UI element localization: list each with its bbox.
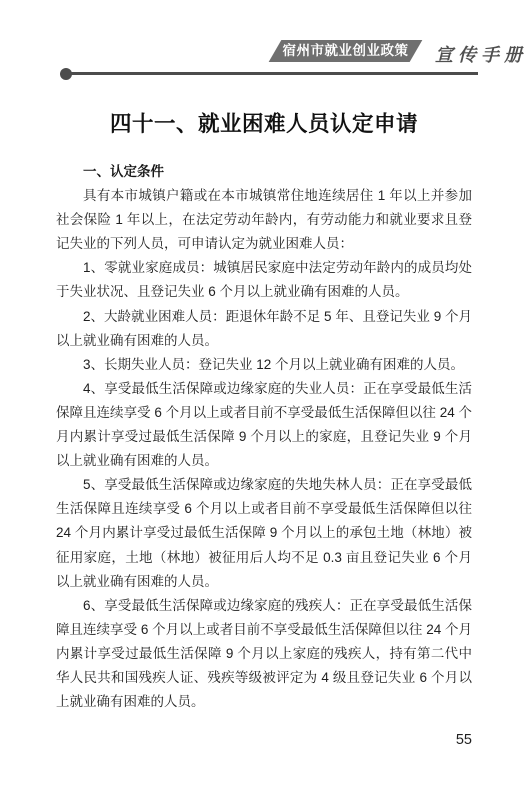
policy-banner: 宿州市就业创业政策 [269,40,423,62]
paragraph-item-6: 6、享受最低生活保障或边缘家庭的残疾人：正在享受最低生活保障且连续享受 6 个月… [56,594,472,714]
manual-label: 宣传手册 [435,41,527,67]
paragraph-item-1: 1、零就业家庭成员：城镇居民家庭中法定劳动年龄内的成员均处于失业状况、且登记失业… [56,256,472,304]
paragraph-item-4: 4、享受最低生活保障或边缘家庭的失业人员：正在享受最低生活保障且连续享受 6 个… [56,377,472,473]
page-number: 55 [456,732,472,748]
page-title: 四十一、就业困难人员认定申请 [0,107,528,138]
paragraph-item-2: 2、大龄就业困难人员：距退休年龄不足 5 年、且登记失业 9 个月以上就业确有困… [56,305,472,353]
header-rule [63,72,478,75]
policy-banner-label: 宿州市就业创业政策 [275,40,416,62]
paragraph-item-5: 5、享受最低生活保障或边缘家庭的失地失林人员：正在享受最低生活保障且连续享受 6… [56,473,472,593]
paragraph-item-3: 3、长期失业人员：登记失业 12 个月以上就业确有困难的人员。 [56,353,472,377]
section-heading: 一、认定条件 [56,160,472,184]
content: 一、认定条件 具有本市城镇户籍或在本市城镇常住地连续居住 1 年以上并参加社会保… [56,160,472,714]
paragraph-intro: 具有本市城镇户籍或在本市城镇常住地连续居住 1 年以上并参加社会保险 1 年以上… [56,184,472,256]
document-page: 宿州市就业创业政策 宣传手册 四十一、就业困难人员认定申请 一、认定条件 具有本… [0,0,528,793]
header-rule-dot [60,68,72,80]
